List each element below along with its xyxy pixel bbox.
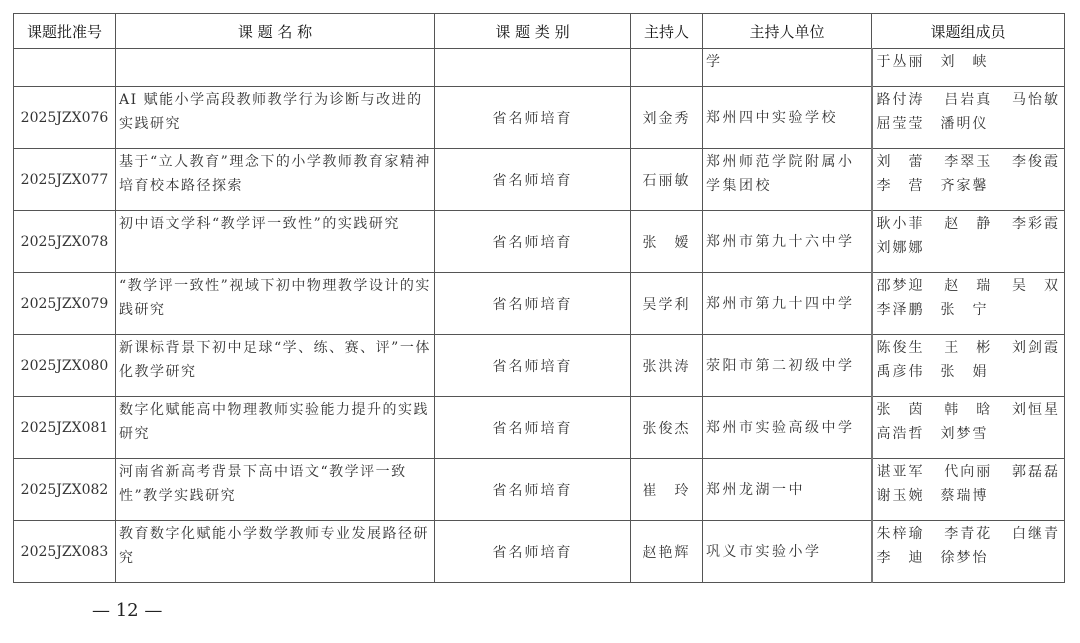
approval-number: 2025JZX077 (14, 149, 116, 211)
project-title: 初中语文学科“教学评一致性”的实践研究 (116, 211, 435, 273)
spill-category (435, 49, 631, 87)
project-title: 基于“立人教育”理念下的小学教师教育家精神培育校本路径探索 (116, 149, 435, 211)
approval-number: 2025JZX083 (14, 521, 116, 583)
table-row: 2025JZX076AI 赋能小学高段教师教学行为诊断与改进的实践研究省名师培育… (14, 87, 1065, 149)
members-line: 朱梓瑜李青花白继青 (877, 522, 1061, 546)
header-row: 课题批准号 课 题 名 称 课 题 类 别 主持人 主持人单位 课题组成员 (14, 14, 1065, 49)
spill-members: 于丛丽 刘 峡 (872, 49, 1065, 87)
host-name: 石丽敏 (631, 149, 703, 211)
project-category: 省名师培育 (435, 211, 631, 273)
header-project-category: 课 题 类 别 (435, 14, 631, 49)
member-name: 赵 瑞 (944, 274, 992, 298)
host-unit: 郑州四中实验学校 (703, 87, 872, 149)
members-line: 谌亚军代向丽郭磊磊 (877, 460, 1061, 484)
project-title: AI 赋能小学高段教师教学行为诊断与改进的实践研究 (116, 87, 435, 149)
host-unit: 郑州市第九十六中学 (703, 211, 872, 273)
member-name: 刘娜娜 (877, 236, 925, 260)
members-line: 张 茵韩 晗刘恒星 (877, 398, 1061, 422)
member-name: 齐家馨 (941, 174, 989, 198)
host-unit: 郑州龙湖一中 (703, 459, 872, 521)
members-cell: 陈俊生王 彬刘剑霞禹彦伟张 娟 (872, 335, 1065, 397)
page-number: — 12 — (92, 600, 162, 621)
project-title: 教育数字化赋能小学数学教师专业发展路径研究 (116, 521, 435, 583)
approval-number: 2025JZX076 (14, 87, 116, 149)
table-row: 2025JZX082河南省新高考背景下高中语文“教学评一致性”教学实践研究省名师… (14, 459, 1065, 521)
members-cell: 刘 蕾李翠玉李俊霞李 营齐家馨 (872, 149, 1065, 211)
host-unit: 巩义市实验小学 (703, 521, 872, 583)
header-members: 课题组成员 (872, 14, 1065, 49)
header-project-name: 课 题 名 称 (116, 14, 435, 49)
members-cell: 朱梓瑜李青花白继青李 迪徐梦怡 (872, 521, 1065, 583)
host-name: 吴学利 (631, 273, 703, 335)
members-line: 谢玉婉蔡瑞博 (877, 484, 1061, 508)
members-line: 耿小菲赵 静李彩霞 (877, 212, 1061, 236)
members-line: 禹彦伟张 娟 (877, 360, 1061, 384)
member-name: 张 茵 (877, 398, 925, 422)
members-line: 刘娜娜 (877, 236, 1061, 260)
spill-id (14, 49, 116, 87)
table-row: 2025JZX080新课标背景下初中足球“学、练、赛、评”一体化教学研究省名师培… (14, 335, 1065, 397)
members-line: 李 营齐家馨 (877, 174, 1061, 198)
members-cell: 邵梦迎赵 瑞吴 双李泽鹏张 宁 (872, 273, 1065, 335)
member-name: 蔡瑞博 (941, 484, 989, 508)
member-name: 张 娟 (941, 360, 989, 384)
member-name: 李青花 (944, 522, 992, 546)
member-name: 刘 峡 (941, 50, 989, 74)
spill-title (116, 49, 435, 87)
project-category: 省名师培育 (435, 397, 631, 459)
header-host: 主持人 (631, 14, 703, 49)
host-name: 张 嫒 (631, 211, 703, 273)
member-name: 刘剑霞 (1012, 336, 1060, 360)
member-name: 刘恒星 (1012, 398, 1060, 422)
members-line: 陈俊生王 彬刘剑霞 (877, 336, 1061, 360)
host-unit: 郑州师范学院附属小学集团校 (703, 149, 872, 211)
approval-number: 2025JZX078 (14, 211, 116, 273)
table-row: 2025JZX083教育数字化赋能小学数学教师专业发展路径研究省名师培育赵艳辉巩… (14, 521, 1065, 583)
table-row: 2025JZX079“教学评一致性”视域下初中物理教学设计的实践研究省名师培育吴… (14, 273, 1065, 335)
host-name: 刘金秀 (631, 87, 703, 149)
member-name: 朱梓瑜 (877, 522, 925, 546)
spill-host (631, 49, 703, 87)
member-name: 王 彬 (944, 336, 992, 360)
header-approval-number: 课题批准号 (14, 14, 116, 49)
member-name: 路付涛 (877, 88, 925, 112)
members-cell: 路付涛吕岩真马怡敏屈莹莹潘明仪 (872, 87, 1065, 149)
member-name: 耿小菲 (877, 212, 925, 236)
project-category: 省名师培育 (435, 521, 631, 583)
project-category: 省名师培育 (435, 87, 631, 149)
member-name: 李彩霞 (1012, 212, 1060, 236)
members-cell: 张 茵韩 晗刘恒星高浩哲刘梦雪 (872, 397, 1065, 459)
approval-number: 2025JZX082 (14, 459, 116, 521)
member-name: 李俊霞 (1012, 150, 1060, 174)
member-name: 陈俊生 (877, 336, 925, 360)
member-name: 谌亚军 (877, 460, 925, 484)
host-unit: 郑州市第九十四中学 (703, 273, 872, 335)
member-name: 刘梦雪 (941, 422, 989, 446)
approval-number: 2025JZX079 (14, 273, 116, 335)
member-name: 李 迪 (877, 546, 925, 570)
project-category: 省名师培育 (435, 459, 631, 521)
member-name: 赵 静 (944, 212, 992, 236)
host-name: 张洪涛 (631, 335, 703, 397)
members-line: 屈莹莹潘明仪 (877, 112, 1061, 136)
project-title: “教学评一致性”视域下初中物理教学设计的实践研究 (116, 273, 435, 335)
members-line: 高浩哲刘梦雪 (877, 422, 1061, 446)
member-name: 白继青 (1012, 522, 1060, 546)
project-table: 课题批准号 课 题 名 称 课 题 类 别 主持人 主持人单位 课题组成员 学 … (13, 13, 1065, 583)
members-line: 李泽鹏张 宁 (877, 298, 1061, 322)
member-name: 于丛丽 (877, 50, 925, 74)
member-name: 韩 晗 (944, 398, 992, 422)
approval-number: 2025JZX081 (14, 397, 116, 459)
table-row: 2025JZX078初中语文学科“教学评一致性”的实践研究省名师培育张 嫒郑州市… (14, 211, 1065, 273)
member-name: 邵梦迎 (877, 274, 925, 298)
host-unit: 荥阳市第二初级中学 (703, 335, 872, 397)
member-name: 徐梦怡 (941, 546, 989, 570)
member-name: 高浩哲 (877, 422, 925, 446)
members-line: 邵梦迎赵 瑞吴 双 (877, 274, 1061, 298)
member-name: 屈莹莹 (877, 112, 925, 136)
member-name: 潘明仪 (941, 112, 989, 136)
member-name: 李泽鹏 (877, 298, 925, 322)
spill-unit: 学 (703, 49, 872, 87)
table-row: 2025JZX077基于“立人教育”理念下的小学教师教育家精神培育校本路径探索省… (14, 149, 1065, 211)
member-name: 马怡敏 (1012, 88, 1060, 112)
member-name: 吴 双 (1012, 274, 1060, 298)
table-row: 2025JZX081数字化赋能高中物理教师实验能力提升的实践研究省名师培育张俊杰… (14, 397, 1065, 459)
project-category: 省名师培育 (435, 149, 631, 211)
approval-number: 2025JZX080 (14, 335, 116, 397)
project-title: 新课标背景下初中足球“学、练、赛、评”一体化教学研究 (116, 335, 435, 397)
project-category: 省名师培育 (435, 335, 631, 397)
member-name: 刘 蕾 (877, 150, 925, 174)
members-cell: 谌亚军代向丽郭磊磊谢玉婉蔡瑞博 (872, 459, 1065, 521)
member-name: 李 营 (877, 174, 925, 198)
members-line: 刘 蕾李翠玉李俊霞 (877, 150, 1061, 174)
member-name: 禹彦伟 (877, 360, 925, 384)
members-line: 路付涛吕岩真马怡敏 (877, 88, 1061, 112)
header-host-unit: 主持人单位 (703, 14, 872, 49)
member-name: 吕岩真 (944, 88, 992, 112)
host-name: 赵艳辉 (631, 521, 703, 583)
member-name: 代向丽 (944, 460, 992, 484)
members-cell: 耿小菲赵 静李彩霞刘娜娜 (872, 211, 1065, 273)
host-unit: 郑州市实验高级中学 (703, 397, 872, 459)
spillover-row: 学 于丛丽 刘 峡 (14, 49, 1065, 87)
members-line: 李 迪徐梦怡 (877, 546, 1061, 570)
host-name: 张俊杰 (631, 397, 703, 459)
project-title: 数字化赋能高中物理教师实验能力提升的实践研究 (116, 397, 435, 459)
project-title: 河南省新高考背景下高中语文“教学评一致性”教学实践研究 (116, 459, 435, 521)
member-name: 张 宁 (941, 298, 989, 322)
member-name: 谢玉婉 (877, 484, 925, 508)
member-name: 李翠玉 (944, 150, 992, 174)
project-category: 省名师培育 (435, 273, 631, 335)
member-name: 郭磊磊 (1012, 460, 1060, 484)
host-name: 崔 玲 (631, 459, 703, 521)
